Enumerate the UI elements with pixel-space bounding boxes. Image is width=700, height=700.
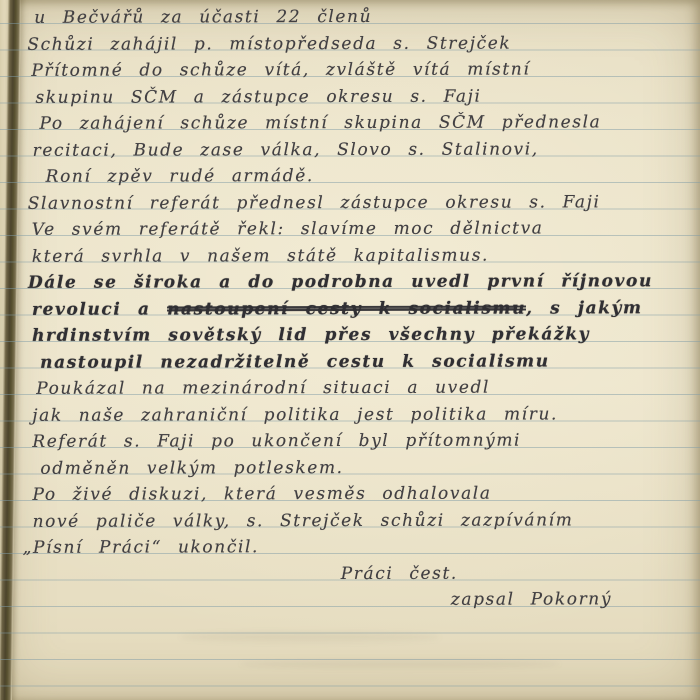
struck-text-segment: nastoupení cesty k socialismu [167, 298, 526, 319]
handwriting-line: Roní zpěv rudé armádě. [0, 162, 694, 190]
handwriting-line: hrdinstvím sovětský lid přes všechny pře… [0, 321, 694, 349]
handwriting-line: Schůzi zahájil p. místopředseda s. Strej… [0, 30, 693, 58]
text-segment: recitaci, Bude zase válka, Slovo s. Stal… [33, 139, 539, 160]
text-segment: revoluci a [32, 299, 167, 319]
handwriting-line: „Písní Práci“ ukončil. [1, 533, 695, 561]
handwriting-line: revoluci a nastoupení cesty k socialismu… [0, 295, 694, 323]
text-segment: odměněn velkým potleskem. [40, 458, 343, 479]
text-segment: Slavnostní referát přednesl zástupce okr… [28, 192, 601, 213]
handwriting-line: u Bečvářů za účasti 22 členů [0, 3, 693, 31]
text-segment: u Bečvářů za účasti 22 členů [34, 7, 372, 28]
handwriting-line: recitaci, Bude zase válka, Slovo s. Stal… [0, 136, 694, 164]
handwriting-line: Ve svém referátě řekl: slavíme moc dělni… [0, 215, 694, 243]
text-segment: Dále se široka a do podrobna uvedl první… [28, 271, 653, 293]
handwriting-line: Přítomné do schůze vítá, zvláště vítá mí… [0, 56, 693, 84]
handwriting-line: Práci čest. [1, 560, 695, 588]
text-segment: „Písní Práci“ ukončil. [23, 537, 259, 558]
text-segment: která svrhla v našem státě kapitalismus. [32, 245, 489, 266]
text-segment: Práci čest. [341, 563, 458, 583]
text-segment: Schůzi zahájil p. místopředseda s. Strej… [27, 33, 511, 54]
text-segment: Referát s. Faji po ukončení byl přítomný… [32, 431, 521, 452]
handwriting-line: nové paliče války, s. Strejček schůzi za… [1, 507, 695, 535]
text-segment: skupinu SČM a zástupce okresu s. Faji [35, 86, 481, 107]
text-segment: Po živé diskuzi, která vesměs odhalovala [32, 484, 491, 505]
text-segment: jak naše zahraniční politika jest politi… [32, 404, 558, 425]
text-segment: zapsal Pokorný [451, 589, 612, 609]
handwriting-line: Po zahájení schůze místní skupina SČM př… [0, 109, 694, 137]
text-segment: Ve svém referátě řekl: slavíme moc dělni… [32, 218, 544, 239]
text-segment: Roní zpěv rudé armádě. [46, 166, 314, 187]
handwriting-line: jak naše zahraniční politika jest politi… [0, 401, 694, 429]
handwriting-line: skupinu SČM a zástupce okresu s. Faji [0, 83, 693, 111]
handwriting-line: nastoupil nezadržitelně cestu k socialis… [0, 348, 694, 376]
handwriting-line: která svrhla v našem státě kapitalismus. [0, 242, 694, 270]
handwriting-line: Dále se široka a do podrobna uvedl první… [0, 268, 694, 296]
text-segment: Po zahájení schůze místní skupina SČM př… [39, 112, 601, 133]
notebook-page: u Bečvářů za účasti 22 členůSchůzi zaháj… [0, 0, 700, 700]
handwritten-text: u Bečvářů za účasti 22 členůSchůzi zaháj… [0, 3, 695, 614]
handwriting-line: zapsal Pokorný [1, 586, 695, 614]
text-segment: , s jakým [526, 298, 643, 318]
handwriting-line: odměněn velkým potleskem. [0, 454, 694, 482]
ink-bleed-smudge [240, 660, 560, 668]
text-segment: Přítomné do schůze vítá, zvláště vítá mí… [31, 60, 530, 81]
text-segment: nové paliče války, s. Strejček schůzi za… [33, 510, 574, 531]
handwriting-line: Poukázal na mezinárodní situaci a uvedl [0, 374, 694, 402]
ink-bleed-smudge [180, 632, 440, 642]
text-segment: Poukázal na mezinárodní situaci a uvedl [36, 378, 490, 399]
handwriting-line: Po živé diskuzi, která vesměs odhalovala [0, 480, 694, 508]
text-segment: hrdinstvím sovětský lid přes všechny pře… [32, 324, 590, 345]
handwriting-line: Slavnostní referát přednesl zástupce okr… [0, 189, 694, 217]
handwriting-line: Referát s. Faji po ukončení byl přítomný… [0, 427, 694, 455]
text-segment: nastoupil nezadržitelně cestu k socialis… [40, 351, 550, 372]
